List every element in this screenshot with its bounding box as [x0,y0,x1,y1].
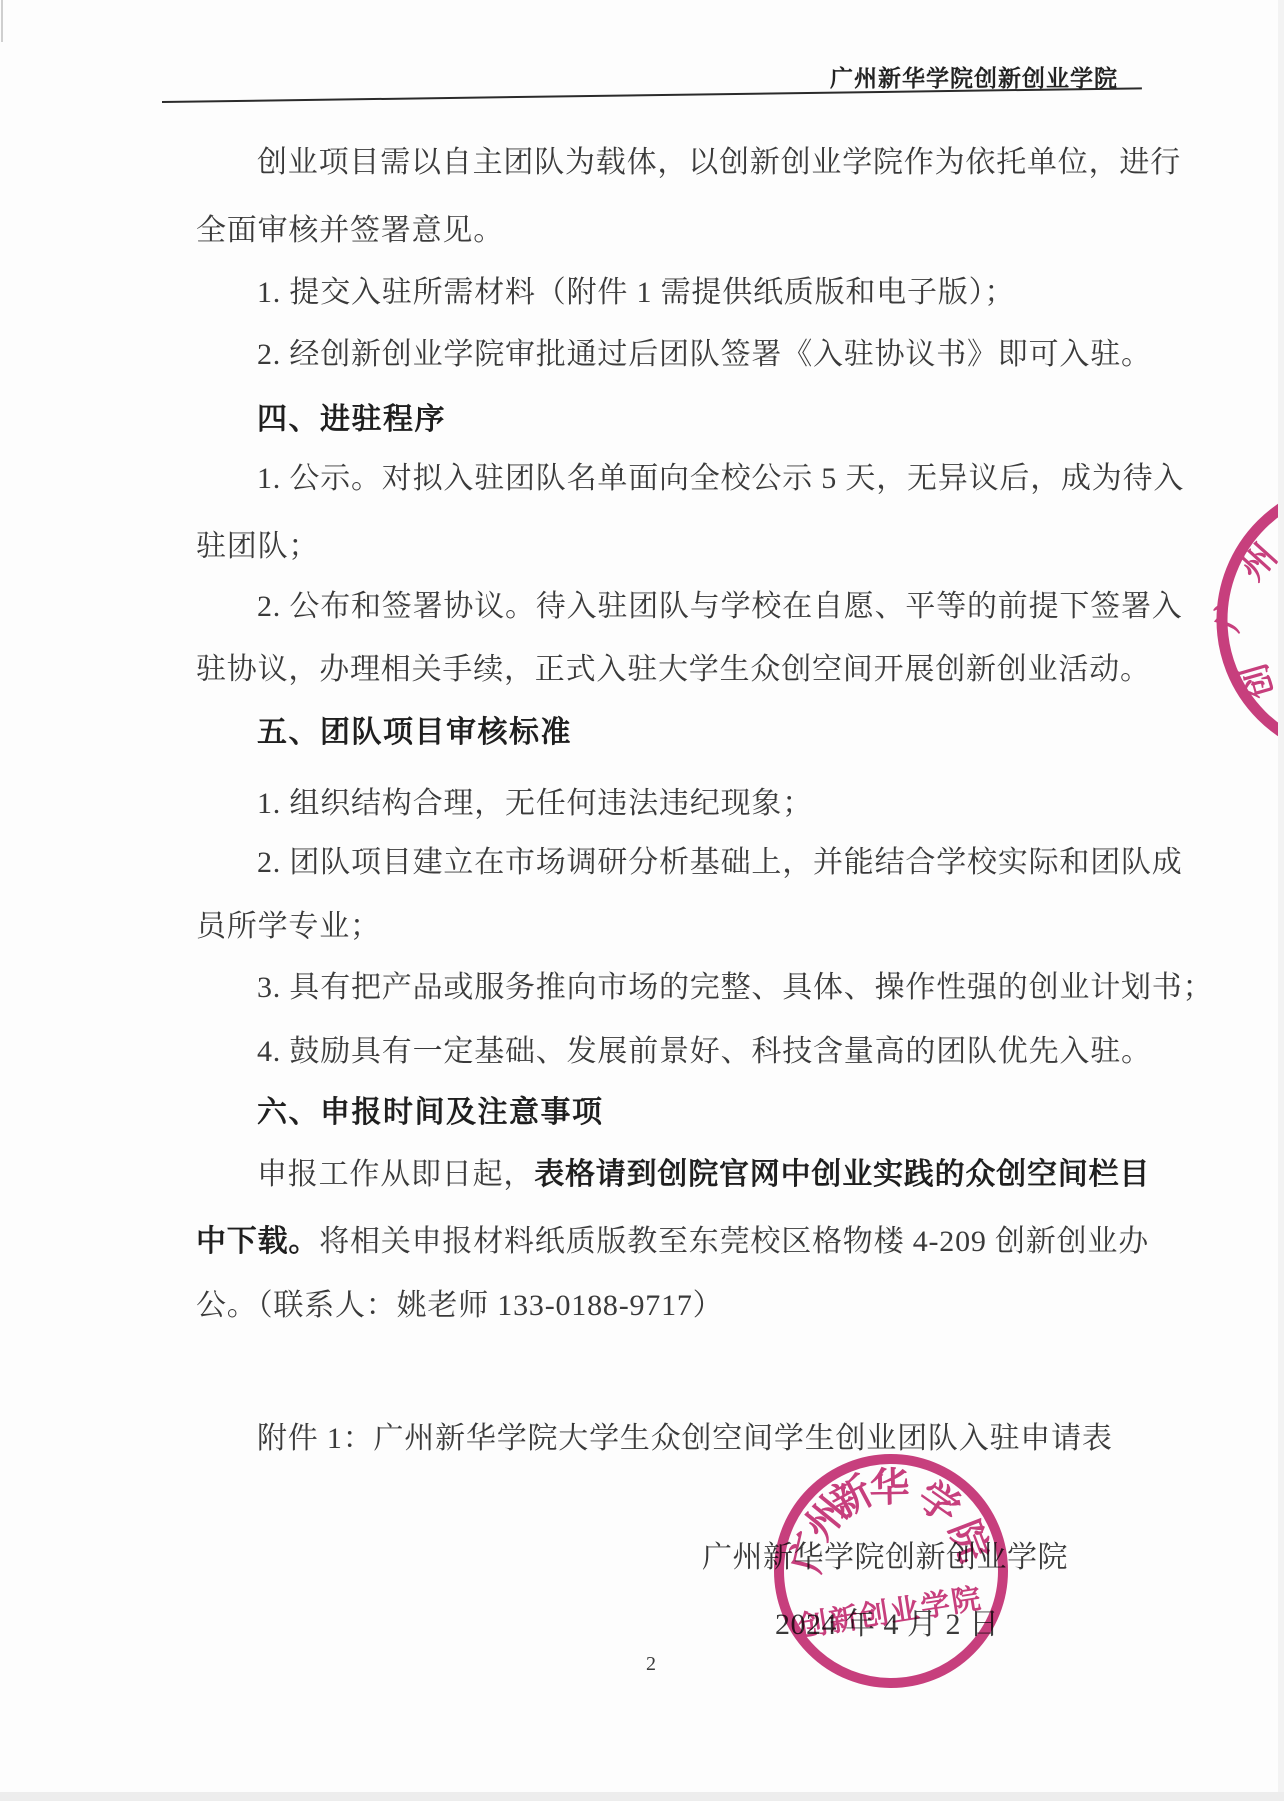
body-line: 公。（联系人：姚老师 133-0188-9717） [196,1288,723,1324]
header-divider [162,87,1142,103]
partial-edge-seal-stamp: 州 广 创 [1190,472,1284,764]
body-line: 2. 经创新创业学院审批通过后团队签署《入驻协议书》即可入驻。 [257,337,1152,373]
seal-inner-text: 创新创业学院 [795,1582,985,1644]
body-line: 1. 公示。对拟入驻团队名单面向全校公示 5 天，无异议后，成为待入 [257,461,1184,497]
body-line: 驻协议，办理相关手续，正式入驻大学生众创空间开展创新创业活动。 [196,652,1151,688]
body-line: 2. 团队项目建立在市场调研分析基础上，并能结合学校实际和团队成 [257,845,1183,881]
body-line: 创业项目需以自主团队为载体，以创新创业学院作为依托单位，进行 [257,145,1181,181]
text-segment: 将相关申报材料纸质版教至东莞校区格物楼 4-209 创新创业办 [319,1225,1149,1258]
text-segment-bold: 表格请到创院官网中创业实践的众创空间栏目 [534,1158,1150,1191]
scan-edge-shadow-bottom [0,1792,1284,1801]
edge-seal-graphic: 州 广 创 [1190,472,1284,764]
official-seal-stamp: 广 州 新 华 学 院 创新创业学院 [766,1446,1016,1696]
body-line: 3. 具有把产品或服务推向市场的完整、具体、操作性强的创业计划书； [257,970,1213,1006]
text-segment: 申报工作从即日起， [257,1158,534,1191]
page-number: 2 [646,1653,656,1676]
body-line: 2. 公布和签署协议。待入驻团队与学校在自愿、平等的前提下签署入 [257,589,1183,625]
body-line: 1. 提交入驻所需材料（附件 1 需提供纸质版和电子版）； [257,275,1015,311]
scan-edge-artifact [1,0,3,42]
scan-edge-shadow-right [1278,0,1284,1801]
seal-ring-char: 华 [869,1465,910,1511]
body-line-mixed: 申报工作从即日起，表格请到创院官网中创业实践的众创空间栏目 [257,1157,1150,1193]
section-heading-6: 六、申报时间及注意事项 [257,1095,604,1131]
body-line: 驻团队； [196,529,319,565]
body-line: 4. 鼓励具有一定基础、发展前景好、科技含量高的团队优先入驻。 [257,1034,1152,1070]
text-segment-bold: 中下载。 [196,1225,319,1258]
body-line: 全面审核并签署意见。 [196,213,504,249]
seal-graphic: 广 州 新 华 学 院 创新创业学院 [766,1446,1016,1696]
edge-seal-char: 广 [1208,592,1255,636]
body-line-mixed: 中下载。将相关申报材料纸质版教至东莞校区格物楼 4-209 创新创业办 [196,1224,1149,1260]
scanned-document-page: 广州新华学院创新创业学院 创业项目需以自主团队为载体，以创新创业学院作为依托单位… [0,0,1284,1801]
section-heading-5: 五、团队项目审核标准 [257,715,572,751]
body-line: 1. 组织结构合理，无任何违法违纪现象； [257,786,813,822]
body-line: 员所学专业； [196,909,381,945]
section-heading-4: 四、进驻程序 [257,402,446,438]
